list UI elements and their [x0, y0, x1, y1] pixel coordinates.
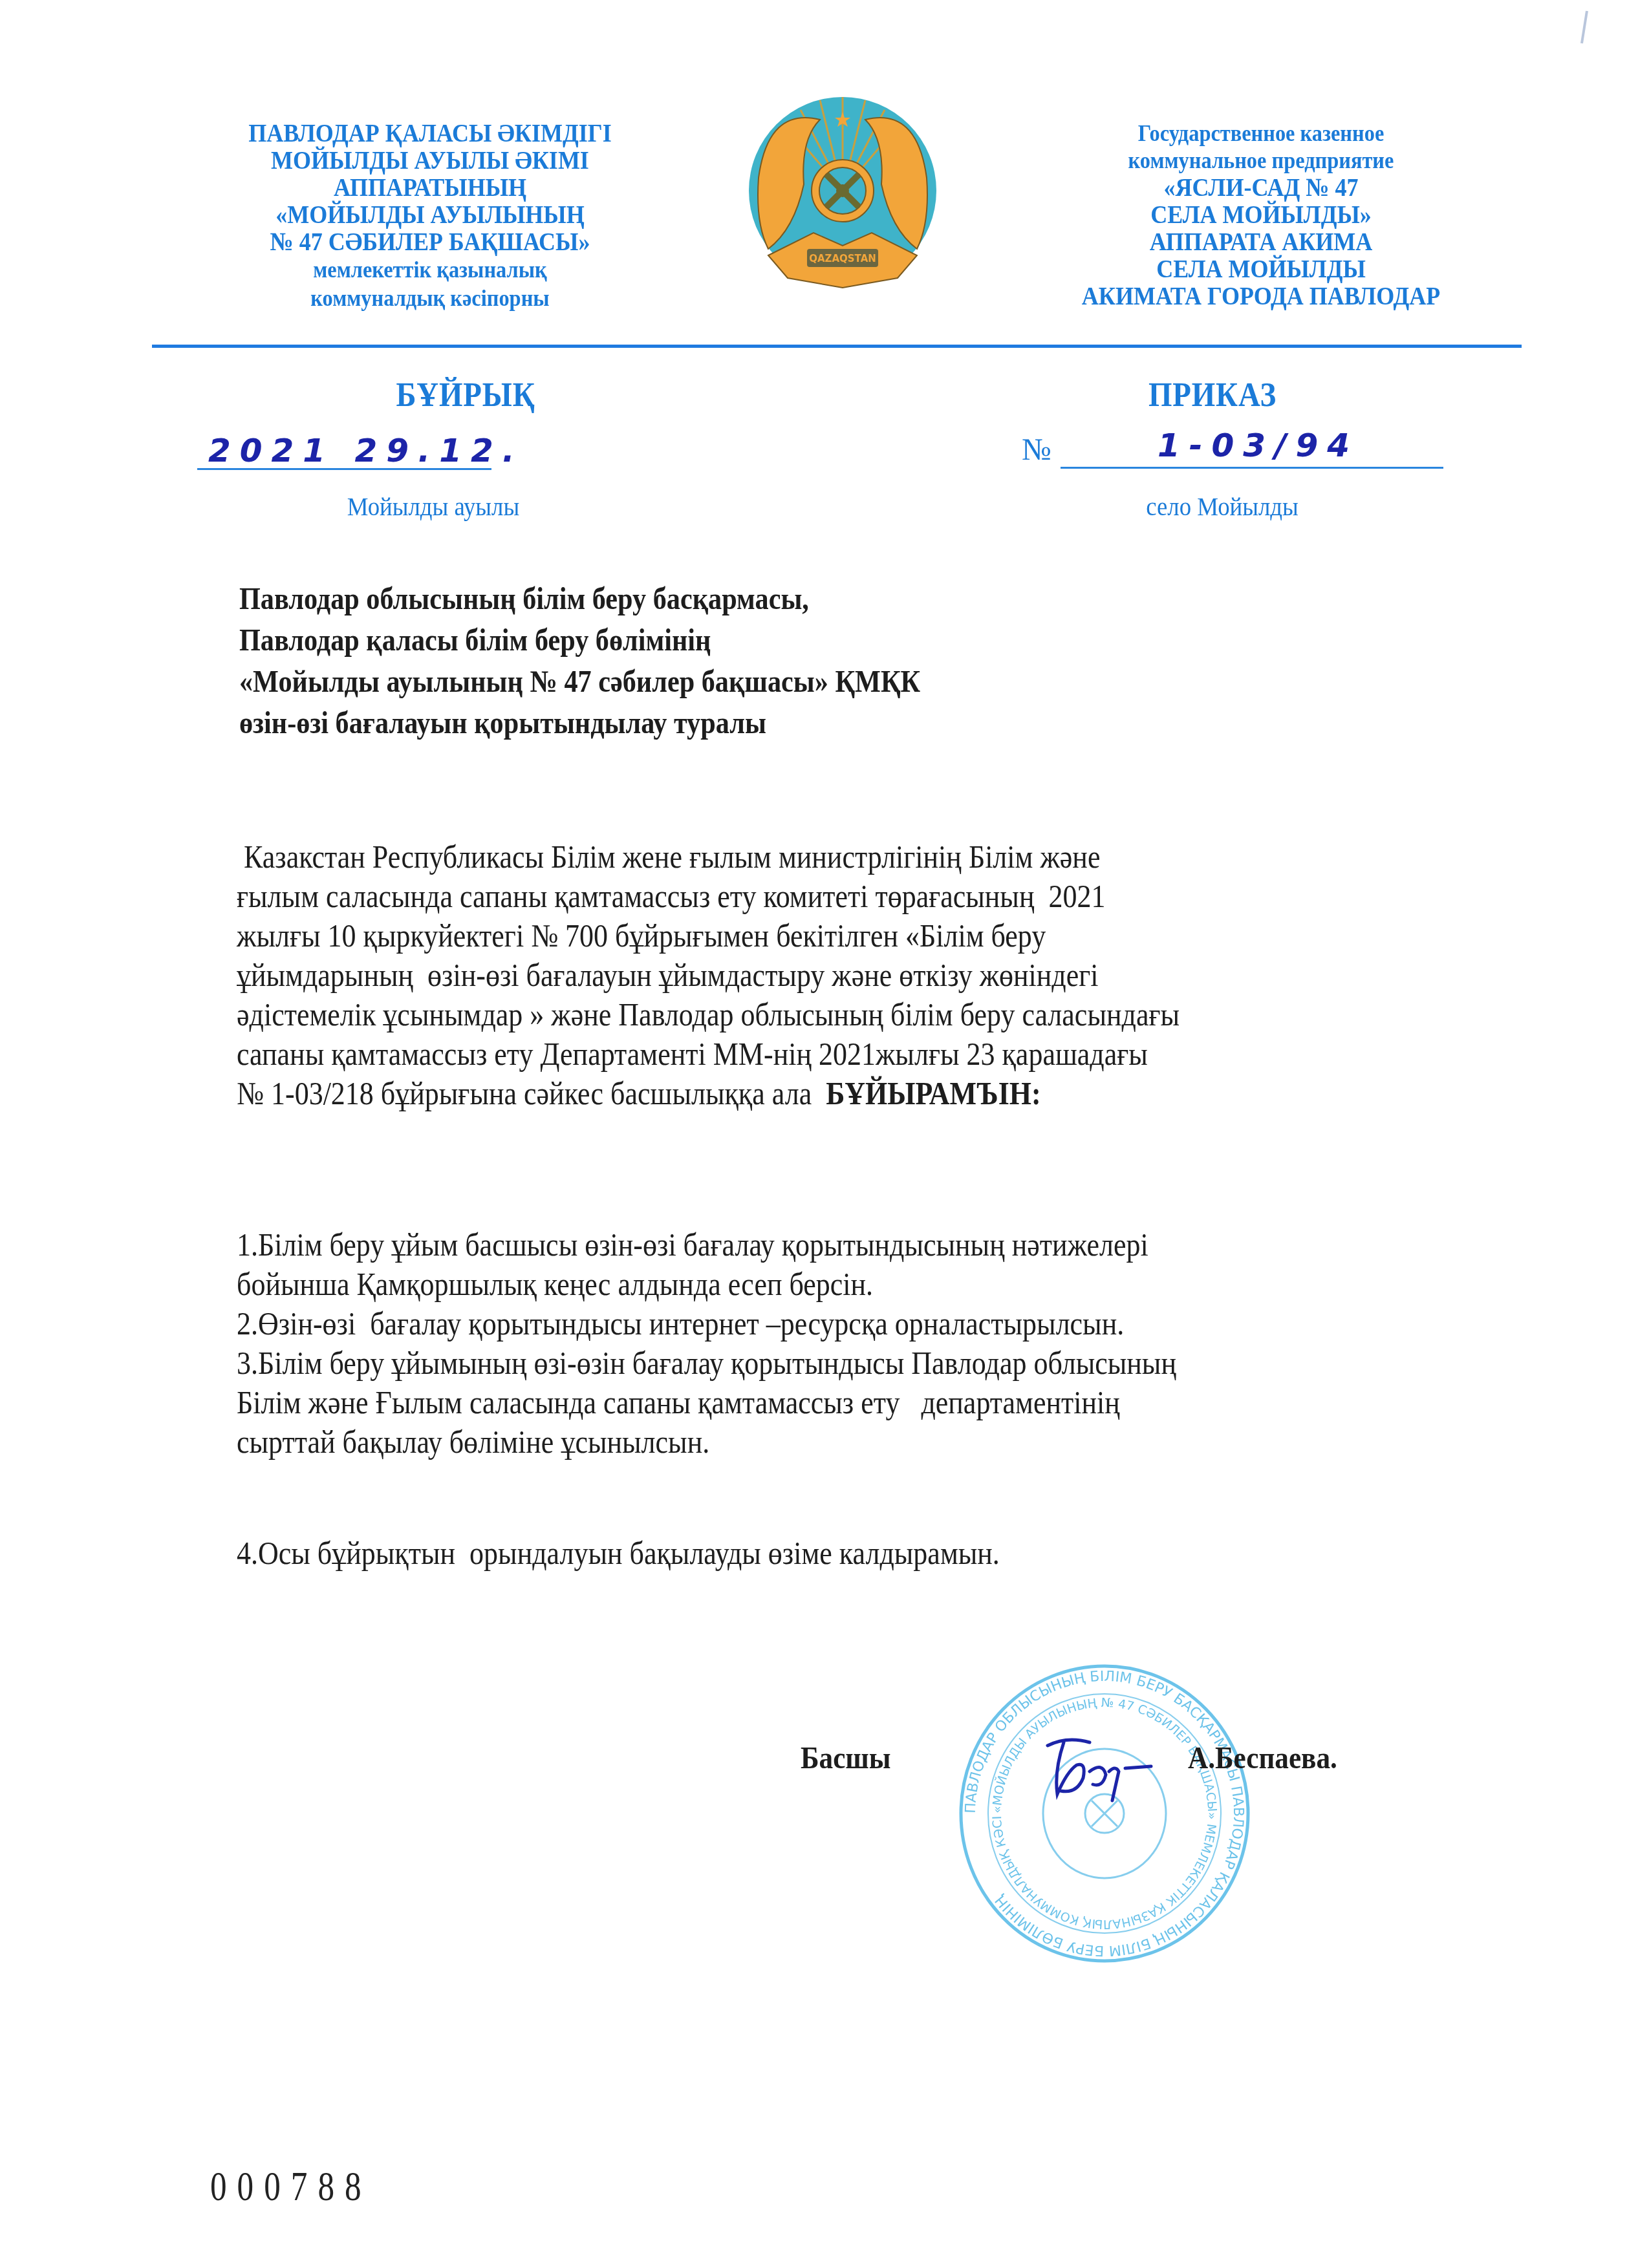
- order-items: 1.Білім беру ұйым басшысы өзін-өзі бағал…: [237, 1225, 1176, 1462]
- order-title-russian: ПРИКАЗ: [1125, 376, 1300, 414]
- place-kazakh: Мойылды ауылы: [290, 491, 576, 522]
- serial-number: 000788: [210, 2163, 372, 2210]
- number-label: №: [1022, 432, 1051, 467]
- signatory-name: А.Беспаева.: [1188, 1740, 1337, 1776]
- order-date-handwritten: 2021 29.12.: [208, 432, 524, 469]
- letterhead-line: коммунальное предприятие: [1034, 147, 1488, 174]
- letterhead-line: «МОЙЫЛДЫ АУЫЛЫНЫҢ: [218, 201, 643, 228]
- order-title-kazakh: БҰЙРЫҚ: [372, 376, 559, 414]
- letterhead-line: СЕЛА МОЙЫЛДЫ: [1034, 255, 1488, 283]
- body-line: № 1-03/218 бұйрығына сәйкес басшылыққа а…: [237, 1074, 1180, 1113]
- body-line: жылғы 10 қыркуйектегі № 700 бұйрығымен б…: [237, 916, 1180, 956]
- order-item-line: 1.Білім беру ұйым басшысы өзін-өзі бағал…: [237, 1225, 1176, 1265]
- letterhead-line: № 47 СӘБИЛЕР БАҚШАСЫ»: [218, 228, 643, 255]
- emblem-label: QAZAQSTAN: [809, 253, 876, 264]
- letterhead-divider: [152, 345, 1522, 348]
- body-line: Казакстан Республикасы Білім жене ғылым …: [237, 837, 1180, 877]
- letterhead-line: ПАВЛОДАР ҚАЛАСЫ ӘКІМДІГІ: [218, 120, 643, 147]
- order-item-4: 4.Осы бұйрықтын орындалуын бақылауды өзі…: [237, 1534, 1000, 1573]
- order-item-line: 3.Білім беру ұйымының өзі-өзін бағалау қ…: [237, 1343, 1176, 1383]
- subject-line: Павлодар облысының білім беру басқармасы…: [239, 579, 920, 620]
- letterhead-line: МОЙЫЛДЫ АУЫЛЫ ӘКІМІ: [218, 147, 643, 174]
- order-number-handwritten: 1-03/94: [1158, 427, 1359, 464]
- order-item-line: Білім және Ғылым саласында сапаны қамтам…: [237, 1383, 1176, 1422]
- order-item-line: 2.Өзін-өзі бағалау қорытындысы интернет …: [237, 1304, 1176, 1343]
- letterhead-line: Государственное казенное: [1034, 120, 1488, 147]
- preamble-paragraph: Казакстан Республикасы Білім жене ғылым …: [237, 837, 1180, 1113]
- letterhead-line: АППАРАТЫНЫҢ: [218, 174, 643, 201]
- body-line: сапаны қамтамассыз ету Департаменті ММ-н…: [237, 1034, 1180, 1074]
- body-line-text: № 1-03/218 бұйрығына сәйкес басшылыққа а…: [237, 1075, 826, 1111]
- body-line: әдістемелік ұсынымдар » және Павлодар об…: [237, 995, 1180, 1034]
- date-fill-line: [197, 468, 491, 470]
- number-fill-line: [1061, 467, 1443, 469]
- place-russian: село Мойылды: [1097, 491, 1347, 522]
- subject-line: «Мойылды ауылының № 47 сәбилер бақшасы» …: [239, 661, 920, 703]
- body-line: ұйымдарының өзін-өзі бағалауын ұйымдасты…: [237, 956, 1180, 995]
- handwritten-signature-icon: [1028, 1733, 1158, 1804]
- state-emblem-icon: QAZAQSTAN: [742, 94, 943, 301]
- signatory-position: Басшы: [801, 1740, 891, 1776]
- subject-line: Павлодар қаласы білім беру бөлімінің: [239, 620, 920, 661]
- order-word: БҰЙЫРАМЪІН:: [826, 1075, 1041, 1111]
- official-stamp-icon: ПАВЛОДАР ОБЛЫСЫНЫҢ БІЛІМ БЕРУ БАСҚАРМАСЫ…: [956, 1662, 1253, 1965]
- subject-line: өзін-өзі бағалауын қорытындылау туралы: [239, 703, 920, 744]
- letterhead-line: мемлекеттік қазыналық: [218, 255, 643, 284]
- letterhead-line: АППАРАТА АКИМА: [1034, 228, 1488, 255]
- body-line: ғылым саласында сапаны қамтамассыз ету к…: [237, 877, 1180, 916]
- letterhead-line: АКИМАТА ГОРОДА ПАВЛОДАР: [1034, 283, 1488, 310]
- order-item-line: бойынша Қамқоршылық кеңес алдында есеп б…: [237, 1265, 1176, 1304]
- order-subject: Павлодар облысының білім беру басқармасы…: [239, 579, 920, 744]
- order-item-line: сырттай бақылау бөліміне ұсынылсын.: [237, 1422, 1176, 1462]
- letterhead-line: коммуналдық кәсіпорны: [218, 284, 643, 312]
- letterhead-line: «ЯСЛИ-САД № 47: [1034, 174, 1488, 201]
- corner-pen-mark: [1578, 10, 1591, 45]
- letterhead-russian: Государственное казенное коммунальное пр…: [1034, 120, 1488, 310]
- letterhead-line: СЕЛА МОЙЫЛДЫ»: [1034, 201, 1488, 228]
- order-item-line: 4.Осы бұйрықтын орындалуын бақылауды өзі…: [237, 1534, 1000, 1573]
- letterhead-kazakh: ПАВЛОДАР ҚАЛАСЫ ӘКІМДІГІ МОЙЫЛДЫ АУЫЛЫ Ә…: [218, 120, 643, 312]
